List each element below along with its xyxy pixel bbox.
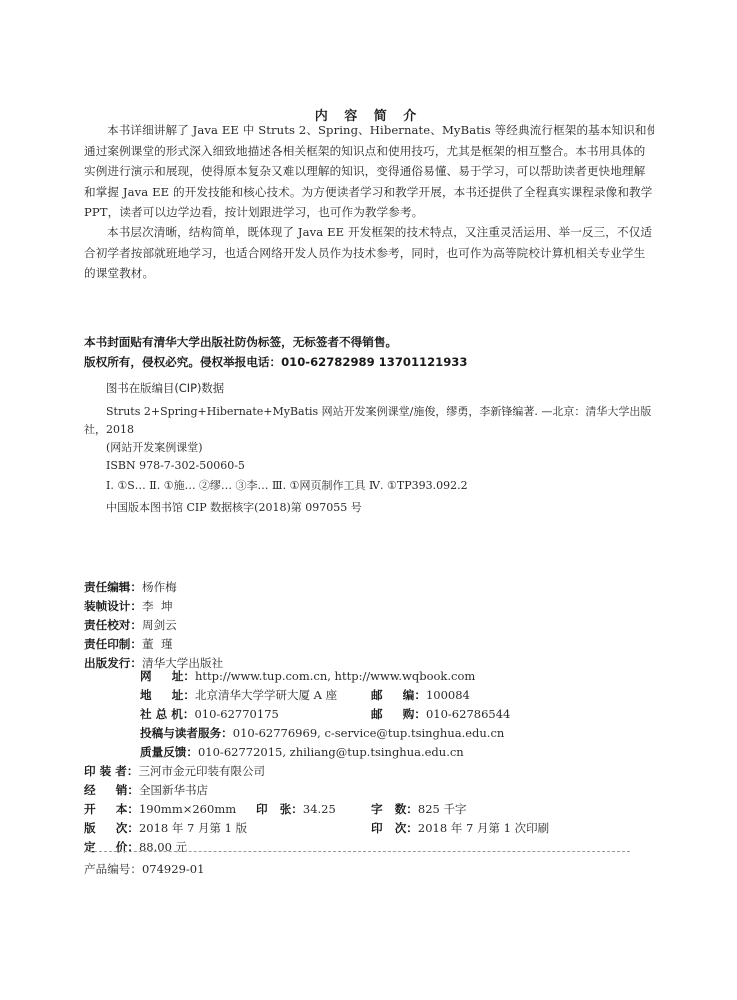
credit-value: 杨作梅 xyxy=(142,580,177,594)
text-line: 和掌握 Java EE 的开发技能和核心技术。为方便读者学习和教学开展，本书还提… xyxy=(84,182,654,203)
copyright-notice: 版权所有，侵权必究。侵权举报电话：010-62782989 1370112193… xyxy=(84,354,467,370)
text-line: 本书详细讲解了 Java EE 中 Struts 2、Spring、Hibern… xyxy=(84,120,654,141)
credit-label: 责任校对： xyxy=(84,618,142,632)
field-label: 印 次： xyxy=(371,821,418,835)
field-label: 开 本： xyxy=(84,802,139,816)
credit-value: 李 坤 xyxy=(142,599,173,613)
credit-editor: 责任编辑：杨作梅 xyxy=(84,576,177,595)
field-label: 社 总 机： xyxy=(140,707,194,721)
field-label: 印 张： xyxy=(256,802,303,816)
text-line: 通过案例课堂的形式深入细致地描述各相关框架的知识点和使用技巧，尤其是框架的相互整… xyxy=(84,141,654,162)
text-line: PPT，读者可以边学边看，按计划跟进学习，也可作为教学参考。 xyxy=(84,202,654,223)
text-line: 的课堂教材。 xyxy=(84,263,654,284)
field-label: 网 址： xyxy=(140,669,195,683)
credit-printing-supervisor: 责任印制：董 瑾 xyxy=(84,633,173,652)
credit-label: 装帧设计： xyxy=(84,599,142,613)
dashed-divider xyxy=(84,851,630,852)
field-label: 投稿与读者服务： xyxy=(140,726,233,740)
word-count-info: 字 数：825 千字 xyxy=(371,800,467,818)
field-label: 质量反馈： xyxy=(140,745,198,759)
credit-value: 周剑云 xyxy=(142,618,177,632)
field-value: 全国新华书店 xyxy=(139,783,208,797)
field-value: 34.25 xyxy=(303,802,336,816)
anti-counterfeit-notice: 本书封面贴有清华大学出版社防伪标签，无标签者不得销售。 xyxy=(84,334,397,350)
credit-label: 责任印制： xyxy=(84,637,142,651)
product-code: 产品编号：074929-01 xyxy=(84,860,204,878)
field-label: 邮 编： xyxy=(371,688,426,702)
cip-heading: 图书在版编目(CIP)数据 xyxy=(106,380,224,396)
cip-title-line-continued: 社，2018 xyxy=(84,420,134,439)
credit-proofreader: 责任校对：周剑云 xyxy=(84,614,177,633)
edition-info: 版 次：2018 年 7 月第 1 版 xyxy=(84,819,247,837)
summary-paragraph-2: 本书层次清晰，结构简单，既体现了 Java EE 开发框架的技术特点，又注重灵活… xyxy=(84,222,654,284)
cip-classification: Ⅰ. ①S… Ⅱ. ①施… ②缪… ③李… Ⅲ. ①网页制作工具 Ⅳ. ①TP3… xyxy=(106,476,468,495)
sheets-info: 印 张：34.25 xyxy=(256,800,336,818)
publisher-address: 地 址：北京清华大学学研大厦 A 座 xyxy=(140,686,337,704)
field-value: 074929-01 xyxy=(142,862,204,876)
credit-label: 责任编辑： xyxy=(84,580,142,594)
field-value: 190mm×260mm xyxy=(139,802,236,816)
field-value: 100084 xyxy=(426,688,470,702)
cip-title-line: Struts 2+Spring+Hibernate+MyBatis 网站开发案例… xyxy=(106,402,651,421)
text-line: 本书层次清晰，结构简单，既体现了 Java EE 开发框架的技术特点，又注重灵活… xyxy=(84,222,654,243)
field-value: 825 千字 xyxy=(418,802,467,816)
credit-value: 董 瑾 xyxy=(142,637,173,651)
credit-label: 出版发行： xyxy=(84,656,142,670)
field-value: 2018 年 7 月第 1 版 xyxy=(139,821,247,835)
field-value: 010-62770175 xyxy=(194,707,278,721)
field-value: 010-62786544 xyxy=(426,707,510,721)
field-value: 010-62772015, zhiliang@tup.tsinghua.edu.… xyxy=(198,745,464,759)
format-info: 开 本：190mm×260mm xyxy=(84,800,236,818)
field-label: 地 址： xyxy=(140,688,195,702)
distributor-info: 经 销：全国新华书店 xyxy=(84,781,208,799)
field-label: 邮 购： xyxy=(371,707,426,721)
field-label: 产品编号： xyxy=(84,862,142,876)
cip-record-number: 中国版本图书馆 CIP 数据核字(2018)第 097055 号 xyxy=(106,498,362,517)
printer-info: 印 装 者：三河市金元印装有限公司 xyxy=(84,762,265,780)
impression-info: 印 次：2018 年 7 月第 1 次印刷 xyxy=(371,819,549,837)
website-link[interactable]: http://www.tup.com.cn, http://www.wqbook… xyxy=(195,669,475,683)
field-label: 字 数： xyxy=(371,802,418,816)
price-info: 定 价：88.00 元 xyxy=(84,838,187,856)
publisher-switchboard: 社 总 机：010-62770175 xyxy=(140,705,279,723)
field-value: 三河市金元印装有限公司 xyxy=(138,764,265,778)
publisher-website: 网 址：http://www.tup.com.cn, http://www.wq… xyxy=(140,667,475,685)
text-line: 实例进行演示和展现，使得原本复杂又难以理解的知识，变得通俗易懂、易于学习，可以帮… xyxy=(84,161,654,182)
credit-designer: 装帧设计：李 坤 xyxy=(84,595,173,614)
cip-series: (网站开发案例课堂) xyxy=(106,438,203,457)
publisher-submission: 投稿与读者服务：010-62776969, c-service@tup.tsin… xyxy=(140,724,504,742)
summary-paragraph-1: 本书详细讲解了 Java EE 中 Struts 2、Spring、Hibern… xyxy=(84,120,654,223)
field-value: 010-62776969, c-service@tup.tsinghua.edu… xyxy=(233,726,505,740)
text-line: 合初学者按部就班地学习，也适合网络开发人员作为技术参考，同时，也可作为高等院校计… xyxy=(84,243,654,264)
publisher-quality-feedback: 质量反馈：010-62772015, zhiliang@tup.tsinghua… xyxy=(140,743,464,761)
field-value: 2018 年 7 月第 1 次印刷 xyxy=(418,821,549,835)
publisher-postcode: 邮 编：100084 xyxy=(371,686,470,704)
field-label: 版 次： xyxy=(84,821,139,835)
cip-isbn: ISBN 978-7-302-50060-5 xyxy=(106,456,245,475)
publisher-mail-order: 邮 购：010-62786544 xyxy=(371,705,510,723)
field-label: 印 装 者： xyxy=(84,764,138,778)
field-label: 经 销： xyxy=(84,783,139,797)
field-value: 北京清华大学学研大厦 A 座 xyxy=(195,688,337,702)
